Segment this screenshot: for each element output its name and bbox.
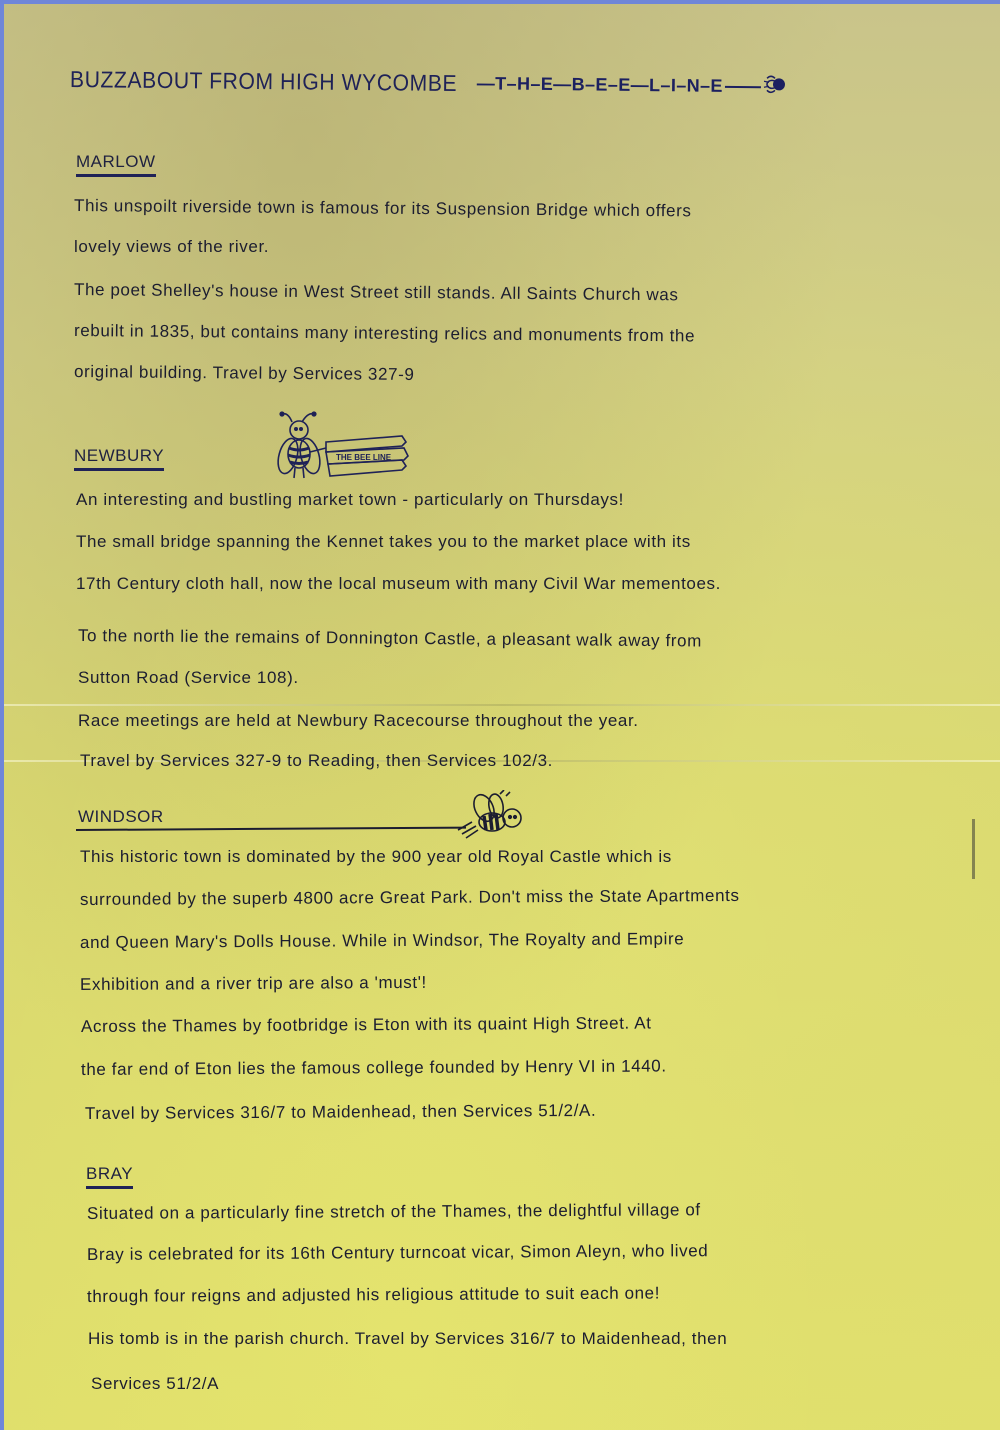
bee-with-sign-icon: THE BEE LINE bbox=[274, 408, 414, 489]
body-line: Sutton Road (Service 108). bbox=[78, 668, 299, 688]
body-line: Services 51/2/A bbox=[91, 1374, 219, 1394]
section-bray: BRAY bbox=[86, 1164, 133, 1189]
flying-bee-icon bbox=[454, 790, 530, 845]
body-line: To the north lie the remains of Donningt… bbox=[78, 626, 702, 651]
section-heading: MARLOW bbox=[76, 152, 156, 177]
body-line: Race meetings are held at Newbury Raceco… bbox=[78, 711, 639, 731]
body-line: through four reigns and adjusted his rel… bbox=[87, 1283, 660, 1307]
body-line: original building. Travel by Services 32… bbox=[74, 362, 415, 385]
body-line: This unspoilt riverside town is famous f… bbox=[74, 196, 692, 221]
section-heading: BRAY bbox=[86, 1164, 133, 1189]
body-line: rebuilt in 1835, but contains many inter… bbox=[74, 321, 695, 346]
bee-line-tagline: —T–H–E—B–E–E—L–I–N–E bbox=[477, 73, 723, 97]
body-line: surrounded by the superb 4800 acre Great… bbox=[80, 886, 740, 910]
leaflet-header: BUZZABOUT FROM HIGH WYCOMBE —T–H–E—B–E–E… bbox=[70, 66, 970, 102]
body-line: An interesting and bustling market town … bbox=[76, 490, 624, 510]
body-line: Situated on a particularly fine stretch … bbox=[87, 1200, 701, 1224]
body-line: Across the Thames by footbridge is Eton … bbox=[81, 1014, 652, 1037]
body-line: 17th Century cloth hall, now the local m… bbox=[76, 574, 721, 594]
pencil-mark bbox=[972, 819, 975, 879]
section-windsor: WINDSOR bbox=[78, 807, 164, 829]
section-marlow: MARLOW bbox=[76, 152, 156, 177]
body-line: The poet Shelley's house in West Street … bbox=[74, 280, 679, 305]
body-line: and Queen Mary's Dolls House. While in W… bbox=[80, 929, 684, 953]
leaflet-title: BUZZABOUT FROM HIGH WYCOMBE bbox=[70, 66, 457, 97]
section-newbury: NEWBURY bbox=[74, 446, 164, 471]
body-line: The small bridge spanning the Kennet tak… bbox=[76, 532, 691, 552]
body-line: lovely views of the river. bbox=[74, 237, 269, 257]
svg-text:THE BEE LINE: THE BEE LINE bbox=[336, 453, 392, 462]
body-line: Travel by Services 316/7 to Maidenhead, … bbox=[85, 1101, 596, 1124]
section-heading: WINDSOR bbox=[78, 807, 164, 829]
body-line: Bray is celebrated for its 16th Century … bbox=[87, 1241, 708, 1265]
body-line: This historic town is dominated by the 9… bbox=[80, 847, 672, 867]
body-line: Exhibition and a river trip are also a '… bbox=[80, 973, 427, 995]
body-line: Travel by Services 327-9 to Reading, the… bbox=[80, 751, 553, 771]
body-line: His tomb is in the parish church. Travel… bbox=[88, 1329, 727, 1349]
bee-icon bbox=[761, 74, 787, 99]
section-heading: NEWBURY bbox=[74, 446, 164, 471]
leaflet-page: BUZZABOUT FROM HIGH WYCOMBE —T–H–E—B–E–E… bbox=[4, 4, 1000, 1430]
paper-fold bbox=[4, 704, 1000, 706]
tagline-rule bbox=[725, 85, 761, 87]
body-line: the far end of Eton lies the famous coll… bbox=[81, 1056, 667, 1080]
